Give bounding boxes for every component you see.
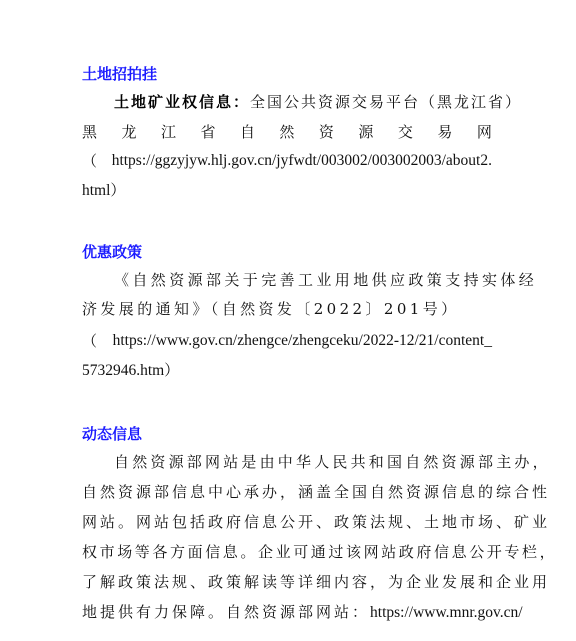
land-mining-info-label: 土地矿业权信息： (114, 93, 250, 111)
site-intro-text: 地提供有力保障。自然资源部网站： (82, 603, 370, 621)
exchange-url-link[interactable]: https://ggzyjyw.hlj.gov.cn/jyfwdt/003002… (112, 151, 492, 171)
open-paren: （ (82, 331, 97, 351)
char: 自 (240, 122, 255, 142)
char: 源 (358, 122, 373, 142)
mnr-website-link[interactable]: https://www.mnr.gov.cn/ (370, 604, 523, 621)
news-paragraph-line-1: 自然资源部网站是由中华人民共和国自然资源部主办， (114, 452, 492, 472)
land-mining-info-line: 土地矿业权信息：全国公共资源交易平台（黑龙江省） (114, 92, 492, 112)
news-paragraph-line-3: 网站。网站包括政府信息公开、政策法规、土地市场、矿业 (82, 512, 492, 532)
platform-name: 全国公共资源交易平台（黑龙江省） (250, 93, 522, 111)
open-paren: （ (82, 151, 97, 171)
char: 易 (437, 122, 452, 142)
char: 龙 (121, 122, 136, 142)
char: 然 (279, 122, 294, 142)
policy-url-link[interactable]: https://www.gov.cn/zhengce/zhengceku/202… (113, 331, 492, 351)
news-paragraph-line-6: 地提供有力保障。自然资源部网站：https://www.mnr.gov.cn/ (82, 602, 492, 623)
section-heading-news: 动态信息 (82, 424, 142, 444)
char: 省 (200, 122, 215, 142)
exchange-url-line-2: html） (82, 180, 492, 201)
section-heading-policy: 优惠政策 (82, 242, 142, 262)
close-paren: ） (164, 361, 179, 379)
policy-url-link-cont[interactable]: 5732946.htm (82, 362, 164, 379)
exchange-url-line: （ https://ggzyjyw.hlj.gov.cn/jyfwdt/0030… (82, 151, 492, 171)
char: 资 (319, 122, 334, 142)
exchange-site-name-line: 黑 龙 江 省 自 然 资 源 交 易 网 (82, 122, 492, 142)
document-page: 土地招拍挂 土地矿业权信息：全国公共资源交易平台（黑龙江省） 黑 龙 江 省 自… (0, 0, 576, 641)
policy-url-line-2: 5732946.htm） (82, 360, 492, 381)
section-heading-land-auction: 土地招拍挂 (82, 64, 157, 84)
policy-doc-title-line-1: 《自然资源部关于完善工业用地供应政策支持实体经 (114, 270, 492, 290)
news-paragraph-line-5: 了解政策法规、政策解读等详细内容，为企业发展和企业用 (82, 572, 492, 592)
news-paragraph-line-4: 权市场等各方面信息。企业可通过该网站政府信息公开专栏， (82, 542, 492, 562)
char: 黑 (82, 122, 97, 142)
close-paren: ） (110, 181, 125, 199)
exchange-url-link-cont[interactable]: html (82, 182, 110, 199)
char: 江 (161, 122, 176, 142)
char: 交 (398, 122, 413, 142)
news-paragraph-line-2: 自然资源部信息中心承办，涵盖全国自然资源信息的综合性 (82, 482, 492, 502)
policy-doc-title-line-2: 济发展的通知》（自然资发〔2022〕201号） (82, 299, 492, 319)
char: 网 (477, 122, 492, 142)
policy-url-line: （ https://www.gov.cn/zhengce/zhengceku/2… (82, 331, 492, 351)
